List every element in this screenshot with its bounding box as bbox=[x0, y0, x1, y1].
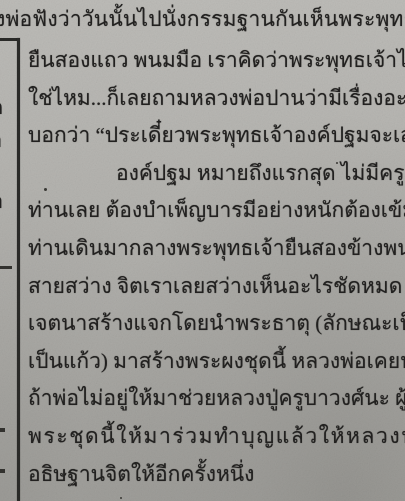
text-line: เป็นแก้ว) มาสร้างพระผงชุดนี้ หลวงพ่อเคยป… bbox=[28, 343, 404, 381]
scan-speck bbox=[120, 497, 122, 499]
text-line: ยืนสองแถว พนมมือ เราคิดว่าพระพุทธเจ้าไหว… bbox=[28, 42, 404, 80]
text-line: บอกว่า “ประเดี๋ยวพระพุทธเจ้าองค์ปฐมจะเสด… bbox=[28, 117, 404, 155]
text-line: ท่านเดินมากลางพระพุทธเจ้ายืนสองข้างพนมมื… bbox=[28, 230, 404, 268]
top-text-line: งพ่อฟังว่าวันนั้นไปนั่งกรรมฐานกันเห็นพระ… bbox=[0, 3, 405, 36]
text-line: ท่านเลย ต้องบำเพ็ญบารมีอย่างหนักต้องเข้ม… bbox=[28, 192, 404, 230]
body-text-column: ยืนสองแถว พนมมือ เราคิดว่าพระพุทธเจ้าไหว… bbox=[28, 42, 404, 493]
left-column-fragment: า bbox=[0, 124, 2, 156]
text-line: สายสว่าง จิตเราเลยสว่างเห็นอะไรชัดหมด ผู… bbox=[28, 268, 404, 306]
text-line: ถ้าพ่อไม่อยู่ให้มาช่วยหลวงปู่ครูบาวงศ์นะ… bbox=[28, 380, 404, 418]
text-line: พระชุดนี้ให้มาร่วมทำบุญแล้วให้หลวงปู่ครู… bbox=[28, 418, 404, 456]
scanned-page: งพ่อฟังว่าวันนั้นไปนั่งกรรมฐานกันเห็นพระ… bbox=[0, 0, 405, 501]
left-column-fragment: ก bbox=[0, 91, 3, 123]
text-line: อธิษฐานจิตให้อีกครั้งหนึ่ง bbox=[28, 456, 404, 494]
text-line: ใช่ไหม...ก็เลยถามหลวงพ่อปานว่ามีเรื่องอะ… bbox=[28, 80, 404, 118]
text-line: เจตนาสร้างแจกโดยนำพระธาตุ (ลักษณะเป็นผลึ… bbox=[28, 305, 404, 343]
left-column-fragment: ง bbox=[0, 156, 1, 188]
edge-ink-mark bbox=[0, 469, 5, 473]
text-line: องค์ปฐม หมายถึงแรกสุด ไม่มีครูสำหรับ bbox=[28, 155, 404, 193]
left-column-fragment: อ bbox=[0, 185, 3, 217]
edge-ink-mark bbox=[0, 428, 5, 432]
edge-ink-mark bbox=[0, 266, 12, 269]
table-cell-right-border bbox=[17, 38, 20, 501]
left-column-fragment: ง bbox=[0, 56, 1, 88]
